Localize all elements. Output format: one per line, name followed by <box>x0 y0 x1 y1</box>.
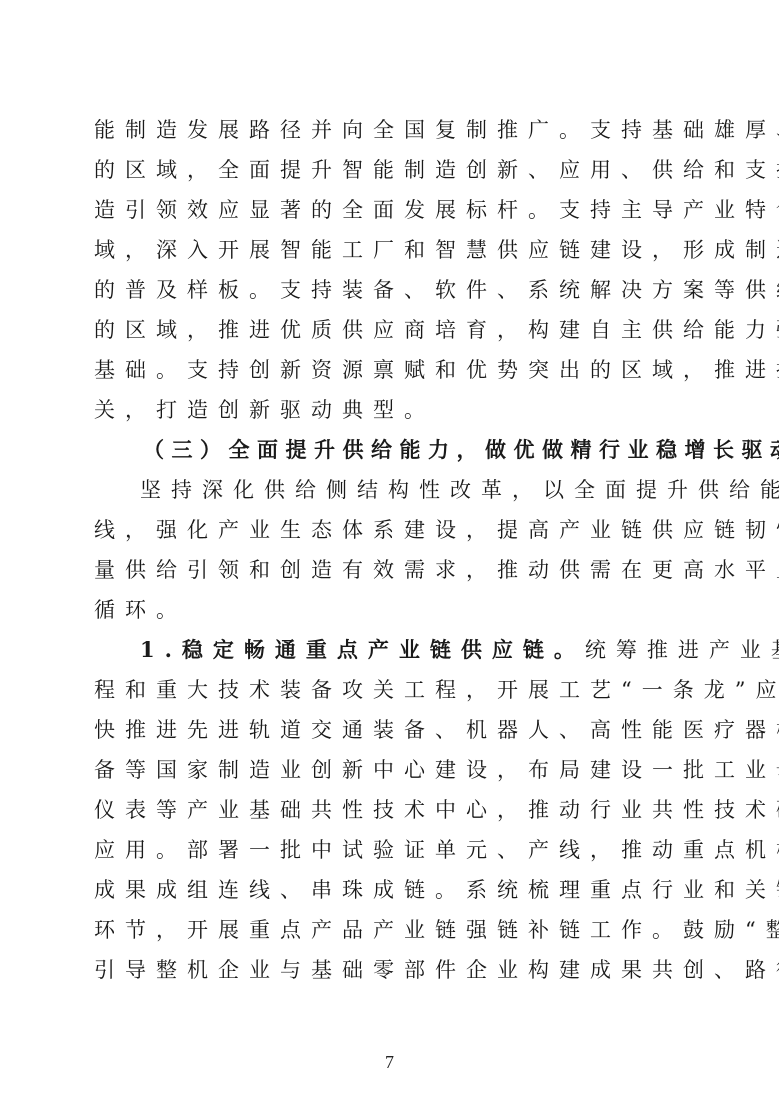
text-line: 程和重大技术装备攻关工程，开展工艺“一条龙”应用示范。加 <box>94 670 692 710</box>
text-line: 的区域，全面提升智能制造创新、应用、供给和支撑能力，打 <box>94 150 692 190</box>
text-line: 快推进先进轨道交通装备、机器人、高性能医疗器械、农机装 <box>94 710 692 750</box>
text-line: 的区域，推进优质供应商培育，构建自主供给能力强大的产业 <box>94 310 692 350</box>
text-line: 基础。支持创新资源禀赋和优势突出的区域，推进技术创新攻 <box>94 350 692 390</box>
text-line: 线，强化产业生态体系建设，提高产业链供应链韧性，以高质 <box>94 510 692 550</box>
text-line: 成果成组连线、串珠成链。系统梳理重点行业和关键产品短板 <box>94 870 692 910</box>
text-line: 坚持深化供给侧结构性改革，以全面提升供给能力为主 <box>94 470 692 510</box>
text-line: 应用。部署一批中试验证单元、产线，推动重点机械装备创新 <box>94 830 692 870</box>
text-line: 引导整机企业与基础零部件企业构建成果共创、路径共探、风 <box>94 950 692 990</box>
text-line: 循环。 <box>94 590 692 630</box>
item-text: 统筹推进产业基础再造工 <box>585 638 779 662</box>
page-number: 7 <box>0 1052 779 1073</box>
item-title: 1.稳定畅通重点产业链供应链。 <box>140 637 585 662</box>
text-line: 能制造发展路径并向全国复制推广。支持基础雄厚、要素齐全 <box>94 110 692 150</box>
text-line: 量供给引领和创造有效需求，推动供需在更高水平上实现良性 <box>94 550 692 590</box>
section-heading: （三）全面提升供给能力，做优做精行业稳增长驱动力 <box>94 430 692 470</box>
text-line: 域，深入开展智能工厂和智慧供应链建设，形成制造能力突出 <box>94 230 692 270</box>
document-page: 能制造发展路径并向全国复制推广。支持基础雄厚、要素齐全 的区域，全面提升智能制造… <box>94 110 692 990</box>
text-line: 的普及样板。支持装备、软件、系统解决方案等供给资源集聚 <box>94 270 692 310</box>
text-line: 造引领效应显著的全面发展标杆。支持主导产业特色鲜明的区 <box>94 190 692 230</box>
text-line: 环节，开展重点产品产业链强链补链工作。鼓励“整零”协作， <box>94 910 692 950</box>
text-line: 关，打造创新驱动典型。 <box>94 390 692 430</box>
item-first-line: 1.稳定畅通重点产业链供应链。统筹推进产业基础再造工 <box>94 630 692 670</box>
text-line: 备等国家制造业创新中心建设，布局建设一批工业母机、仪器 <box>94 750 692 790</box>
text-line: 仪表等产业基础共性技术中心，推动行业共性技术研发和推广 <box>94 790 692 830</box>
